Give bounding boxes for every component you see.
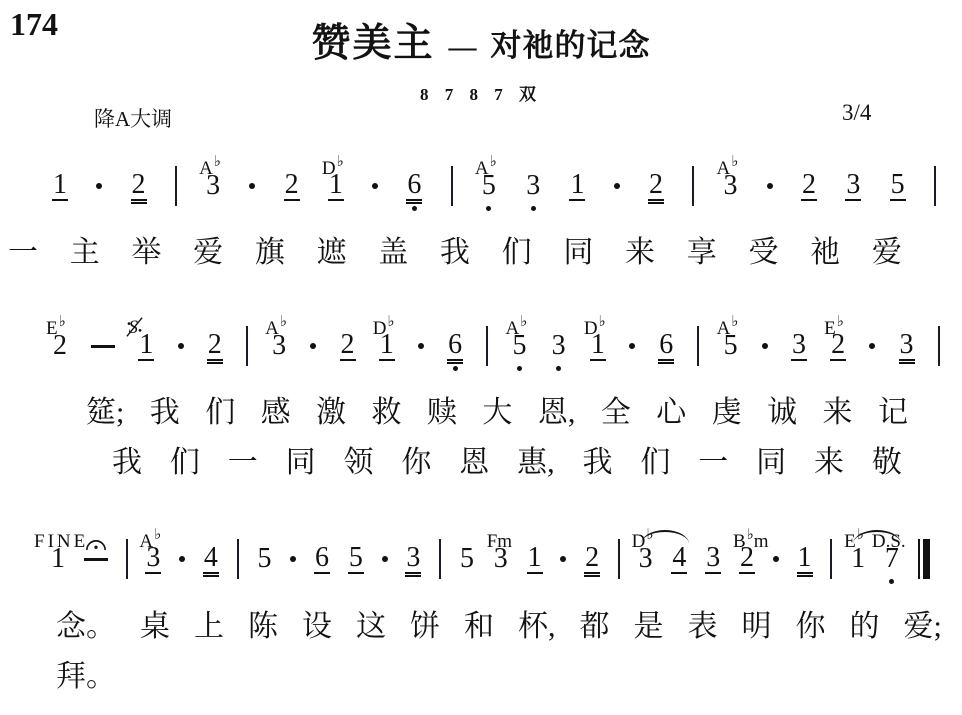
note-digit: 1 [138, 331, 154, 361]
glyph-row [451, 169, 453, 203]
lyric-syllable: 你 [796, 610, 826, 645]
note-cell: 1 [52, 169, 68, 218]
augmentation-dot [418, 343, 424, 349]
lyric-syllable: 赎 [427, 396, 457, 431]
lyric-syllable: 陈 [248, 610, 278, 645]
bar-cell [697, 329, 699, 378]
lyric-syllable: 们 [640, 446, 670, 481]
lyric-syllable: 同 [563, 236, 593, 271]
note-digit: 5 [348, 544, 364, 574]
glyph-row: 2 [207, 329, 223, 363]
bar-line [126, 539, 128, 579]
lyric-syllable: 受 [748, 236, 778, 271]
lyric-syllable: 领 [344, 446, 374, 481]
page-title: 赞美主 [311, 12, 434, 68]
augmentation-dot [249, 183, 255, 189]
dot-cell [629, 329, 635, 378]
note-cell: D♭3 [638, 542, 654, 591]
note-cell: 2 [284, 169, 300, 218]
dot-cell [290, 542, 296, 591]
above-row [85, 539, 107, 551]
bar-line [830, 539, 832, 579]
note-digit: 2 [830, 331, 846, 361]
glyph-row [178, 329, 184, 363]
glyph-row: 1 [850, 542, 866, 576]
dot-cell [869, 329, 875, 378]
glyph-row: 1 [138, 329, 154, 363]
note-digit: 1 [527, 544, 543, 574]
note-digit: 3 [899, 331, 915, 361]
glyph-row: 5 [256, 542, 272, 576]
octave-dot [412, 206, 417, 211]
lyric-syllable: 是 [634, 610, 664, 645]
lyric-syllable: 念。 [56, 610, 116, 645]
bar-cell [451, 169, 453, 218]
lyric-syllable: 感 [261, 396, 291, 431]
page-subtitle: 对祂的记念 [491, 20, 651, 65]
note-cell: 2 [340, 329, 356, 378]
flat-sign: ♭ [387, 314, 394, 330]
note-digit: 5 [723, 332, 739, 360]
lyric-syllable: 筵; [86, 396, 124, 431]
note-digit: 5 [481, 172, 497, 200]
note-digit: 1 [590, 331, 606, 361]
note-cell: E♭1 [850, 542, 866, 591]
lyric-syllable: 爱; [904, 610, 942, 645]
glyph-row [692, 169, 694, 203]
music-line-3: FINE1A♭3456535Fm312D♭343B♭m21E♭1D.S.7 [50, 542, 930, 591]
lyric-syllable: 都 [580, 610, 610, 645]
dot-cell [249, 169, 255, 218]
glyph-row: 1 [527, 542, 543, 576]
glyph-row: 1 [328, 169, 344, 203]
note-digit: 5 [890, 171, 906, 201]
lyric-syllable: 上 [194, 610, 224, 645]
augmentation-dot [629, 343, 635, 349]
note-cell: A♭3 [205, 169, 221, 218]
augmentation-dot [179, 556, 185, 562]
note-digit: 7 [884, 545, 900, 573]
glyph-row [767, 169, 773, 203]
glyph-row: 2 [52, 329, 68, 363]
octave-dot [453, 366, 458, 371]
dot-cell [310, 329, 316, 378]
lyric-syllable: 一 [698, 446, 728, 481]
lyric-syllable: 救 [372, 396, 402, 431]
glyph-row: 2 [801, 169, 817, 203]
below-row [412, 203, 417, 218]
lyric-syllable: 虔 [712, 396, 742, 431]
note-cell: 3 [551, 329, 567, 378]
augmentation-dot [767, 183, 773, 189]
note-cell: 1 [527, 542, 543, 591]
augmentation-dot [382, 556, 388, 562]
note-digit: 3 [705, 544, 721, 574]
note-digit: 2 [584, 544, 600, 574]
augmentation-dot [560, 556, 566, 562]
note-cell: 2 [207, 329, 223, 378]
note-cell: A♭5 [723, 329, 739, 378]
glyph-row: 5 [481, 169, 497, 203]
flat-sign: ♭ [280, 314, 287, 330]
duration-dash [84, 558, 108, 561]
lyric-syllable: 来 [814, 446, 844, 481]
glyph-row: 5 [459, 542, 475, 576]
dot-cell [178, 329, 184, 378]
bar-cell [175, 169, 177, 218]
glyph-row [762, 329, 768, 363]
glyph-row: 3 [899, 329, 915, 363]
lyric-syllable: 你 [401, 446, 431, 481]
glyph-row [290, 542, 296, 576]
glyph-row: 2 [830, 329, 846, 363]
lyric-syllable: 们 [170, 446, 200, 481]
lyric-syllable: 大 [482, 396, 512, 431]
note-digit: 2 [131, 171, 147, 201]
glyph-row: 3 [525, 169, 541, 203]
glyph-row [175, 169, 177, 203]
note-cell: Fm3 [493, 542, 509, 591]
glyph-row: 2 [131, 169, 147, 203]
note-cell: 4 [671, 542, 687, 591]
note-digit: 5 [256, 545, 272, 573]
lyric-syllable: 桌 [140, 610, 170, 645]
note-cell: 6 [447, 329, 463, 378]
lyric-syllable: 记 [878, 396, 908, 431]
lyric-syllable: 激 [316, 396, 346, 431]
bar-line [618, 539, 620, 579]
note-digit: 6 [314, 544, 330, 574]
flat-sign: ♭ [520, 314, 527, 330]
lyric-syllable: 爱 [872, 236, 902, 271]
glyph-row [560, 542, 566, 576]
bar-cell [618, 542, 620, 591]
note-cell: 2 [131, 169, 147, 218]
lyric-syllable: 来 [823, 396, 853, 431]
glyph-row: 3 [638, 542, 654, 576]
glyph-row [179, 542, 185, 576]
flat-sign: ♭ [837, 314, 844, 330]
flat-sign: ♭ [747, 527, 754, 543]
below-row [556, 363, 561, 378]
fermata-icon [85, 539, 107, 551]
dot-cell [418, 329, 424, 378]
note-digit: 1 [569, 171, 585, 201]
bar-line [934, 166, 936, 206]
lyric-syllable: 我 [150, 396, 180, 431]
note-cell: B♭m2 [739, 542, 755, 591]
bar-line [938, 326, 940, 366]
bar-line [692, 166, 694, 206]
note-cell: 5 [890, 169, 906, 218]
glyph-row: 1 [379, 329, 395, 363]
flat-sign: ♭ [337, 154, 344, 170]
note-digit: 2 [284, 171, 300, 201]
note-cell: 3 [899, 329, 915, 378]
note-cell: 3 [791, 329, 807, 378]
glyph-row [918, 542, 930, 576]
title-row: 赞美主 — 对祂的记念 [0, 12, 962, 68]
flat-sign: ♭ [154, 527, 161, 543]
below-row [531, 203, 536, 218]
note-digit: 1 [379, 331, 395, 361]
note-cell: 5 [348, 542, 364, 591]
augmentation-dot [178, 343, 184, 349]
note-cell: 6 [314, 542, 330, 591]
note-digit: 3 [271, 332, 287, 360]
note-cell: FINE1 [50, 542, 66, 591]
lyric-syllable: 同 [756, 446, 786, 481]
note-digit: 5 [459, 545, 475, 573]
lyric-syllable: 遮 [317, 236, 347, 271]
lyric-syllable: 们 [502, 236, 532, 271]
dot-cell [560, 542, 566, 591]
bar-cell [692, 169, 694, 218]
glyph-row: 6 [314, 542, 330, 576]
glyph-row: 1 [50, 542, 66, 576]
lyric-syllable: 杯, [518, 610, 556, 645]
glyph-row: 3 [205, 169, 221, 203]
lyric-syllable: 我 [112, 446, 142, 481]
glyph-row [418, 329, 424, 363]
bar-cell [126, 542, 128, 591]
note-digit: 6 [447, 331, 463, 361]
note-cell: 2 [584, 542, 600, 591]
note-cell: D.S.7 [884, 542, 900, 591]
lyric-syllable: 主 [70, 236, 100, 271]
glyph-row [934, 169, 936, 203]
glyph-row [938, 329, 940, 363]
final-bar-thin [918, 539, 920, 579]
lyric-syllable: 旗 [255, 236, 285, 271]
lyric-syllable: 心 [656, 396, 686, 431]
glyph-row: 1 [52, 169, 68, 203]
glyph-row [310, 329, 316, 363]
lyric-syllable: 举 [131, 236, 161, 271]
dot-cell [767, 169, 773, 218]
lyric-syllable: 这 [356, 610, 386, 645]
glyph-row [773, 542, 779, 576]
glyph-row: 3 [271, 329, 287, 363]
glyph-row [697, 329, 699, 363]
glyph-row: 2 [340, 329, 356, 363]
below-row [453, 363, 458, 378]
bar-line [175, 166, 177, 206]
note-cell: S1 [138, 329, 154, 378]
note-digit: 2 [340, 331, 356, 361]
note-digit: 6 [406, 171, 422, 201]
octave-dot [556, 366, 561, 371]
glyph-row: 3 [145, 542, 161, 576]
glyph-row: 1 [569, 169, 585, 203]
hymn-sheet-page: 174 赞美主 — 对祂的记念 8 7 8 7 双 降A大调 3/4 12A♭3… [0, 0, 962, 715]
lyric-syllable: 明 [742, 610, 772, 645]
dot-cell [773, 542, 779, 591]
flat-sign: ♭ [214, 154, 221, 170]
dash-cell [84, 542, 108, 591]
note-digit: 3 [638, 545, 654, 573]
bar-line [451, 166, 453, 206]
key-signature-label: 降A大调 [94, 103, 172, 133]
glyph-row [486, 329, 488, 363]
note-cell: 3 [525, 169, 541, 218]
note-cell: A♭3 [271, 329, 287, 378]
lyric-syllable: 诚 [767, 396, 797, 431]
note-digit: 6 [658, 331, 674, 361]
lyric-line-2: 筵;我们感激救赎大恩,全心虔诚来记 [86, 396, 908, 431]
below-row [486, 203, 491, 218]
dot-cell [614, 169, 620, 218]
glyph-row: 6 [658, 329, 674, 363]
glyph-row: 3 [791, 329, 807, 363]
glyph-row [249, 169, 255, 203]
octave-dot [889, 579, 894, 584]
final-bar-cell [918, 542, 930, 591]
augmentation-dot [869, 343, 875, 349]
lyric-syllable: 爱 [193, 236, 223, 271]
note-digit: 3 [525, 172, 541, 200]
augmentation-dot [614, 183, 620, 189]
glyph-row: 5 [348, 542, 364, 576]
note-cell: 1 [797, 542, 813, 591]
bar-cell [934, 169, 936, 218]
glyph-row [382, 542, 388, 576]
lyric-line-3: 我们一同领你恩惠,我们一同来敬 [112, 446, 902, 481]
augmentation-dot [310, 343, 316, 349]
lyric-syllable: 全 [601, 396, 631, 431]
note-digit: 3 [551, 332, 567, 360]
glyph-row: 5 [511, 329, 527, 363]
note-digit: 2 [207, 331, 223, 361]
lyric-syllable: 盖 [378, 236, 408, 271]
glyph-row: 3 [405, 542, 421, 576]
augmentation-dot [762, 343, 768, 349]
note-cell: A♭5 [481, 169, 497, 218]
note-cell: 3 [845, 169, 861, 218]
octave-dot [486, 206, 491, 211]
bar-cell [246, 329, 248, 378]
note-digit: 3 [723, 172, 739, 200]
note-cell: 4 [203, 542, 219, 591]
note-digit: 2 [648, 171, 664, 201]
dot-cell [762, 329, 768, 378]
bar-line [439, 539, 441, 579]
glyph-row [439, 542, 441, 576]
note-digit: 1 [328, 171, 344, 201]
note-cell: 5 [459, 542, 475, 591]
lyric-syllable: 和 [464, 610, 494, 645]
music-line-2: E♭2S12A♭32D♭16A♭53D♭16A♭53E♭23 [52, 329, 940, 378]
flat-sign: ♭ [599, 314, 606, 330]
final-bar-thick [923, 539, 930, 579]
bar-line [486, 326, 488, 366]
glyph-row: 1 [590, 329, 606, 363]
note-digit: 1 [50, 545, 66, 573]
note-cell: 3 [705, 542, 721, 591]
lyric-syllable: 恩, [538, 396, 576, 431]
note-cell: E♭2 [830, 329, 846, 378]
note-digit: 1 [52, 171, 68, 201]
lyric-syllable: 我 [440, 236, 470, 271]
note-cell: 1 [569, 169, 585, 218]
lyric-syllable: 享 [687, 236, 717, 271]
lyric-syllable: 们 [205, 396, 235, 431]
glyph-row: 4 [203, 542, 219, 576]
glyph-row [237, 542, 239, 576]
note-digit: 2 [801, 171, 817, 201]
glyph-row: 6 [406, 169, 422, 203]
glyph-row: 3 [493, 542, 509, 576]
glyph-row [869, 329, 875, 363]
glyph-row: 3 [551, 329, 567, 363]
glyph-row [246, 329, 248, 363]
lyric-syllable: 同 [286, 446, 316, 481]
glyph-row: 3 [723, 169, 739, 203]
glyph-row: 3 [705, 542, 721, 576]
bar-cell [486, 329, 488, 378]
dot-cell [96, 169, 102, 218]
dot-cell [179, 542, 185, 591]
dash-cell [91, 329, 115, 378]
below-row [517, 363, 522, 378]
bar-line [697, 326, 699, 366]
octave-dot [517, 366, 522, 371]
bar-cell [830, 542, 832, 591]
augmentation-dot [290, 556, 296, 562]
note-digit: 2 [739, 544, 755, 574]
lyric-line-1: 一主举爱旗遮盖我们同来享受祂爱 [8, 236, 902, 271]
note-cell: 5 [256, 542, 272, 591]
note-digit: 3 [845, 171, 861, 201]
glyph-row [372, 169, 378, 203]
lyric-line-5: 拜。 [56, 660, 116, 695]
bar-cell [439, 542, 441, 591]
note-cell: D♭1 [379, 329, 395, 378]
glyph-row: 2 [648, 169, 664, 203]
note-cell: 2 [648, 169, 664, 218]
glyph-row: 3 [845, 169, 861, 203]
lyric-syllable: 恩 [459, 446, 489, 481]
glyph-row [618, 542, 620, 576]
lyric-syllable: 惠, [517, 446, 555, 481]
note-cell: 2 [801, 169, 817, 218]
note-digit: 5 [511, 332, 527, 360]
glyph-row: 4 [671, 542, 687, 576]
note-digit: 3 [791, 331, 807, 361]
final-bar-line [918, 539, 930, 579]
glyph-row: 6 [447, 329, 463, 363]
note-cell: A♭5 [511, 329, 527, 378]
time-signature: 3/4 [842, 100, 871, 126]
note-digit: 3 [493, 545, 509, 573]
note-cell: 3 [405, 542, 421, 591]
glyph-row: 5 [723, 329, 739, 363]
note-cell: A♭3 [723, 169, 739, 218]
augmentation-dot [372, 183, 378, 189]
glyph-row [126, 542, 128, 576]
lyric-syllable: 饼 [410, 610, 440, 645]
lyric-syllable: 一 [228, 446, 258, 481]
glyph-row: 2 [584, 542, 600, 576]
note-digit: 4 [203, 544, 219, 574]
augmentation-dot [96, 183, 102, 189]
music-line-1: 12A♭32D♭16A♭5312A♭3235 [52, 169, 936, 218]
bar-line [246, 326, 248, 366]
note-digit: 2 [52, 332, 68, 360]
duration-dash [91, 345, 115, 348]
glyph-row [91, 329, 115, 363]
glyph-row [614, 169, 620, 203]
